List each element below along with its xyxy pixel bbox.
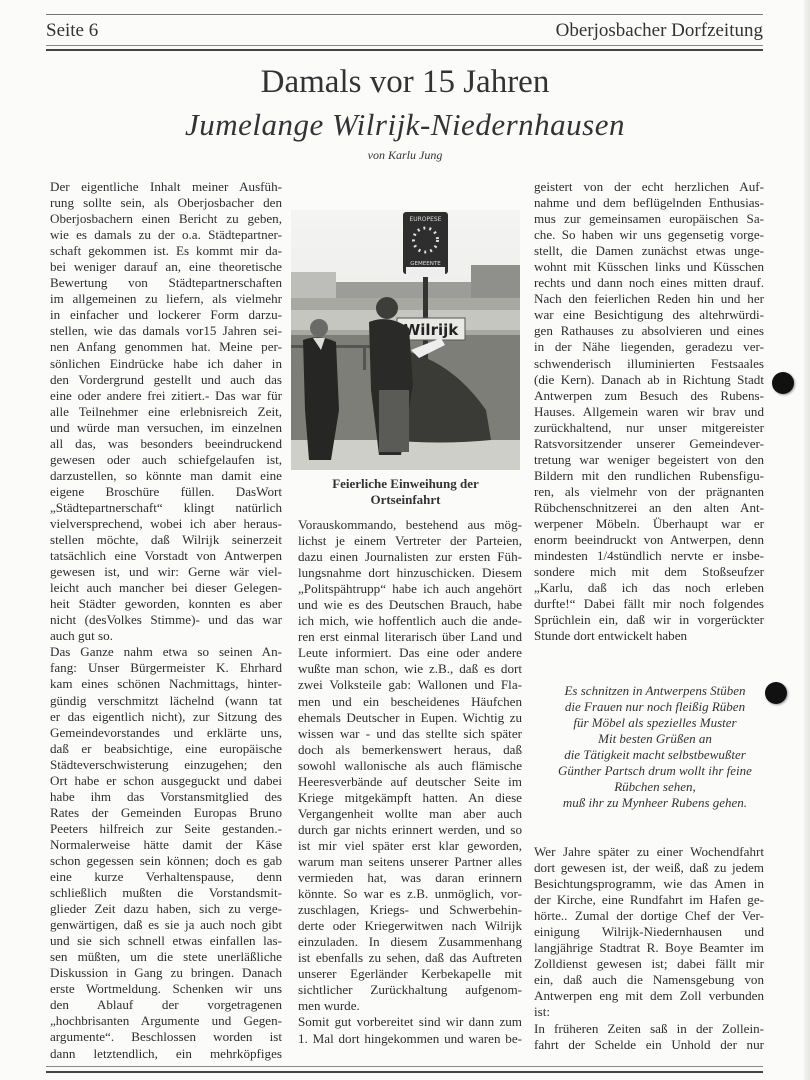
text-line: genwärtigen, daß es sie ja auch noch gib… (50, 917, 282, 933)
publication-name: Oberjosbacher Dorfzeitung (556, 18, 763, 44)
text-line: den Ablauf der vorgetragenen (50, 997, 282, 1013)
text-line: ein, daß auch die Namensgebung von (534, 972, 764, 988)
text-line: Sprüchlein ein, daß wir in vorgerückter (534, 612, 764, 628)
town-sign-wilrijk: Wilrijk (404, 321, 460, 339)
text-line: schon gegessen sein können; doch es gab (50, 853, 282, 869)
text-line: rung sollte sein, als Oberjosbacher den (50, 195, 282, 211)
text-line: daß er beabsichtige, eine europäische (50, 741, 282, 757)
text-line: eine oder andere frei zitiert.- Das war … (50, 388, 282, 404)
text-line: argumente“. Beschlossen worden ist (50, 1029, 282, 1045)
text-line: derte oder Kriegerwitwen nach Wilrijk (298, 918, 522, 934)
text-line: wissen war - und das stellte sich später (298, 726, 522, 742)
text-line: tatsächlich eine Vorstadt von Antwerpen (50, 548, 282, 564)
text-line: langjährige Stadtrat R. Boye Beamter im (534, 940, 764, 956)
text-line: Kriege mitgekämpft hatten. An diese (298, 790, 522, 806)
text-line: Ort habe er schon ausgeguckt und dabei (50, 773, 282, 789)
text-line: Antwerpen zum Besuch des Rubens- (534, 388, 764, 404)
text-line: mus zur gemeinsamen europäischen Sa- (534, 211, 764, 227)
photo-image: EUROPESE GEMEENTE Wilrijk (291, 210, 520, 470)
text-line: bei weniger darauf an, eine theoretische (50, 259, 282, 275)
text-line: ist ebenfalls zu sehen, daß das Auftrete… (298, 950, 522, 966)
text-line: gündig verschmitzt lächelnd (wann tat (50, 693, 282, 709)
text-line: im allgemeinen zu liefern, als vielmehr (50, 291, 282, 307)
poem-line: muß ihr zu Mynheer Rubens gehen. (530, 795, 780, 811)
text-line: vermieden hat, was daran erinnern (298, 870, 522, 886)
text-line: erste Wortmeldung. Schenken wir uns (50, 981, 282, 997)
text-line: dort gewesen ist, der weiß, daß zu jedem (534, 860, 764, 876)
text-line: und sie sich schnell etwas einfallen las… (50, 933, 282, 949)
text-line: in der Nähe liegenden, geradezu ver- (534, 339, 764, 355)
text-line: sondere mich mit dem Stoßseufzer (534, 564, 764, 580)
photo-caption-line-1: Feierliche Einweihung der (291, 476, 520, 492)
text-line: ich mich, wie hoffentlich auch die ande- (298, 613, 522, 629)
article-title: Damals vor 15 Jahren (0, 62, 810, 102)
poem-line: für Möbel als spezielles Muster (530, 715, 780, 731)
header-bottom-rule-thick (46, 49, 763, 51)
text-line: Hauses. Allgemein waren wir brav und (534, 404, 764, 420)
poem-line: Es schnitzen in Antwerpens Stüben (530, 683, 780, 699)
text-line: Leute informiert. Das eine oder andere (298, 645, 522, 661)
article-byline: von Karlu Jung (0, 147, 810, 163)
text-line: durch gar nichts erinnert werden, und so (298, 822, 522, 838)
text-line: „Karlu, daß ich das noch erleben (534, 580, 764, 596)
text-line: nen Anfang genommen hat. Meine per- (50, 339, 282, 355)
text-line: eigene Broschüre füllen. DasWort (50, 484, 282, 500)
text-line: werpener Möbeln. Überhaupt war er (534, 516, 764, 532)
text-line: lungsnahme dort hinzuschicken. Diesem (298, 565, 522, 581)
text-line: er das eigentlich nicht), zur Sitzung de… (50, 709, 282, 725)
text-line: lichst je einem Vertreter der Parteien, (298, 533, 522, 549)
text-line: Nach den feierlichen Reden hin und her (534, 291, 764, 307)
text-line: ist mir viel später erst klar geworden, (298, 838, 522, 854)
text-line: Gemeindevorstandes und erklärte uns, (50, 725, 282, 741)
text-line: durfte!“ Dabei fällt mir noch folgendes (534, 596, 764, 612)
text-line: leicht auch mancher bei dieser Gelegen- (50, 580, 282, 596)
paper-edge (804, 0, 810, 1080)
text-line: dann letztendlich, ein mehrköpfiges (50, 1046, 282, 1062)
text-line: zuschlagen, Kriegs- und Schwerbehin- (298, 902, 522, 918)
poem-line: Günther Partsch drum wollt ihr feine (530, 763, 780, 779)
text-line: gewesen ist, und wir: Gerne wär viel- (50, 564, 282, 580)
footer-rule-thick (46, 1071, 763, 1073)
text-line: Somit gut vorbereitet sind wir dann zum (298, 1014, 522, 1030)
text-line: Diskussion in Gang zu bringen. Danach (50, 965, 282, 981)
text-line: darzustellen, so könnte man damit eine (50, 468, 282, 484)
photo-caption-line-2: Ortseinfahrt (291, 492, 520, 508)
text-line: wie es damals zu der o.a. Städtepartner- (50, 227, 282, 243)
text-line: wußte man schon, wie z.B., daß es dort (298, 661, 522, 677)
article-subtitle: Jumelange Wilrijk-Niedernhausen (0, 106, 810, 144)
text-line: „Städtepartnerschaft“ klingt natürlich (50, 500, 282, 516)
text-line: zwei Volksteile gab: Wallonen und Fla- (298, 677, 522, 693)
header-top-rule (46, 14, 763, 15)
text-column-middle: Vorauskommando, bestehend aus mög-lichst… (298, 517, 522, 1047)
text-line: heit Städter geworden, konnten es aber (50, 596, 282, 612)
header-bottom-rule-thin (46, 45, 763, 46)
footer-rule-thin (46, 1066, 763, 1067)
text-line: wohnt mit Küsschen links und Küsschen (534, 259, 764, 275)
text-line: stellt, die Damen zunächst etwas unge- (534, 243, 764, 259)
photo-caption: Feierliche Einweihung der Ortseinfahrt (291, 476, 520, 508)
text-line: Ratsvorsitzender unserer Gemeindever- (534, 436, 764, 452)
text-line: Stunde dort entwickelt haben (534, 628, 764, 644)
text-column-right-bottom: Wer Jahre später zu einer Wochendfahrtdo… (534, 844, 764, 1053)
text-line: der Kirche, eine Rundfahrt im Hafen ge- (534, 892, 764, 908)
text-line: einzuladen. In diesem Zusammenhang (298, 934, 522, 950)
text-line: eine kurze Verhaltenspause, denn (50, 869, 282, 885)
text-line: auch gut so. (50, 628, 282, 644)
text-line: enorm beeindruckt von Antwerpen, denn (534, 532, 764, 548)
text-line: Das Ganze nahm etwa so seinen An- (50, 644, 282, 660)
text-line: ist: (534, 1004, 764, 1020)
sign-text-gemeente: GEMEENTE (410, 261, 441, 267)
text-line: sichtlicher Zurückhaltung aufgenom- (298, 982, 522, 998)
text-line: könnte. So war es z.B. unmöglich, vor- (298, 886, 522, 902)
text-line: nahme und dem beflügelnden Enthusias- (534, 195, 764, 211)
text-line: Zolldienst gewesen ist; dabei fällt mir (534, 956, 764, 972)
text-line: Oberjosbachern einen Bericht zu geben, (50, 211, 282, 227)
poem-line: Rübchen sehen, (530, 779, 780, 795)
text-line: ren erst einmal literarisch über Land un… (298, 629, 522, 645)
text-line: unserer Egerländer Kerbekapelle mit (298, 966, 522, 982)
text-line: Wer Jahre später zu einer Wochendfahrt (534, 844, 764, 860)
text-line: „hochbrisanten Argumente und Gegen- (50, 1013, 282, 1029)
text-line: Peeters hilfreich zur Seite gestanden.- (50, 821, 282, 837)
text-line: und würde man versuchen, im einzelnen (50, 420, 282, 436)
text-line: Bewertung von Städtepartnerschaften (50, 275, 282, 291)
text-line: schaft gekommen ist. Es kommt mir da- (50, 243, 282, 259)
text-line: den Vordergrund gestellt und auch das (50, 372, 282, 388)
text-line: che. So haben wir uns gegensetig vorge- (534, 227, 764, 243)
text-line: alle Teilnehmer eine erlebnisreich Zeit, (50, 404, 282, 420)
text-column-left: Der eigentliche Inhalt meiner Ausfüh-run… (50, 179, 282, 1062)
text-line: 1. Mal dort hingekommen und waren be- (298, 1031, 522, 1047)
text-line: habe ihm das Vorstansmitglied des (50, 789, 282, 805)
text-line: ehemals Deutscher in Eupen. Wichtig zu (298, 710, 522, 726)
text-line: zurückhaltend, nur unser mitgereister (534, 420, 764, 436)
text-column-right-top: geistert von der echt herzlichen Auf-nah… (534, 179, 764, 644)
text-line: warum man seitens unserer Partner alles (298, 854, 522, 870)
text-line: war eine Besichtigung des altehrwürdi- (534, 307, 764, 323)
text-line: „Politspähtrupp“ habe ich auch angehört (298, 581, 522, 597)
text-line: men und ein bescheidenes Häufchen (298, 694, 522, 710)
text-line: rechts und dann noch eines mitten drauf. (534, 275, 764, 291)
poem-line: die Tätigkeit macht selbstbewußter (530, 747, 780, 763)
text-line: kam eines schönen Nachmittags, hinter- (50, 676, 282, 692)
text-line: Rübchenschnitzerei an den alten Ant- (534, 500, 764, 516)
text-line: hörte.. Zumal der dortige Chef der Ver- (534, 908, 764, 924)
text-line: sowohl wallonische als auch flämische (298, 758, 522, 774)
poem-line: die Frauen nur noch fleißig Rüben (530, 699, 780, 715)
text-line: glieder Zeit dazu haben, sich zu verge- (50, 901, 282, 917)
text-line: doch als bemerkenswert heraus, daß (298, 742, 522, 758)
text-line: gewesen oder auch schiefgelaufen ist, (50, 452, 282, 468)
text-line: men wurde. (298, 998, 522, 1014)
text-line: schwenderisch illuminierten Festsaales (534, 356, 764, 372)
sign-text-europese: EUROPESE (409, 216, 441, 223)
text-line: und wie es des Deutschen Brauch, habe (298, 597, 522, 613)
text-line: vielversprechend, wobei ich aber heraus- (50, 516, 282, 532)
text-line: geistert von der echt herzlichen Auf- (534, 179, 764, 195)
text-line: Normalerweise hätte damit der Käse (50, 837, 282, 853)
poem-rubens: Es schnitzen in Antwerpens Stübendie Fra… (530, 683, 780, 811)
text-line: einigung Wilrijk-Niedernhausen und (534, 924, 764, 940)
text-line: ren, als vielmehr von der prägnanten (534, 484, 764, 500)
poem-line: Mit besten Grüßen an (530, 731, 780, 747)
punch-hole-top (772, 372, 794, 394)
text-line: fahrt der Schelde ein Unhold der nur (534, 1037, 764, 1053)
text-line: mindesten 1/4stündlich nervte er insbe- (534, 548, 764, 564)
text-line: In früheren Zeiten saß in der Zollein- (534, 1021, 764, 1037)
text-line: Vergangenheit wollte man aber auch (298, 806, 522, 822)
punch-hole-bottom (765, 682, 787, 704)
text-line: tretung war weniger begeistert von den (534, 452, 764, 468)
text-line: stellen, wie das damals vor15 Jahren sei… (50, 323, 282, 339)
text-line: (die Kern). Danach ab in Richtung Stadt (534, 372, 764, 388)
text-line: in einfacher und lockerer Form darzu- (50, 307, 282, 323)
text-line: sen müßten, um die stete unerläßliche (50, 949, 282, 965)
text-line: nicht (desVolkes Stimme)- und das war (50, 612, 282, 628)
text-line: Rates der Gemeinden Europas Bruno (50, 805, 282, 821)
page-number: Seite 6 (46, 18, 98, 44)
text-line: schließlich mußten die Vorstandsmit- (50, 885, 282, 901)
text-line: Bildern mit den rundlichen Rubensfigu- (534, 468, 764, 484)
text-line: Städteverschwisterung einzugehen; den (50, 757, 282, 773)
text-line: dazu einen Journalisten zur ersten Füh- (298, 549, 522, 565)
text-line: stellen möchte, daß Wilrijk seinerzeit (50, 532, 282, 548)
text-line: Heeresverbände auf deutscher Seite im (298, 774, 522, 790)
text-line: fang: Unser Bürgermeister K. Ehrhard (50, 660, 282, 676)
photo-town-sign-ceremony: EUROPESE GEMEENTE Wilrijk (291, 210, 520, 470)
text-line: Besichtungsprogramm, wie das Amen in (534, 876, 764, 892)
text-line: Antwerpen eng mit dem Zoll verbunden (534, 988, 764, 1004)
text-line: Vorauskommando, bestehend aus mög- (298, 517, 522, 533)
text-line: all das, was besonders beeindruckend (50, 436, 282, 452)
text-line: gen Rathauses zu absolvieren und eines (534, 323, 764, 339)
text-line: sönlichen Eindrücke habe ich daher in (50, 356, 282, 372)
text-line: Der eigentliche Inhalt meiner Ausfüh- (50, 179, 282, 195)
